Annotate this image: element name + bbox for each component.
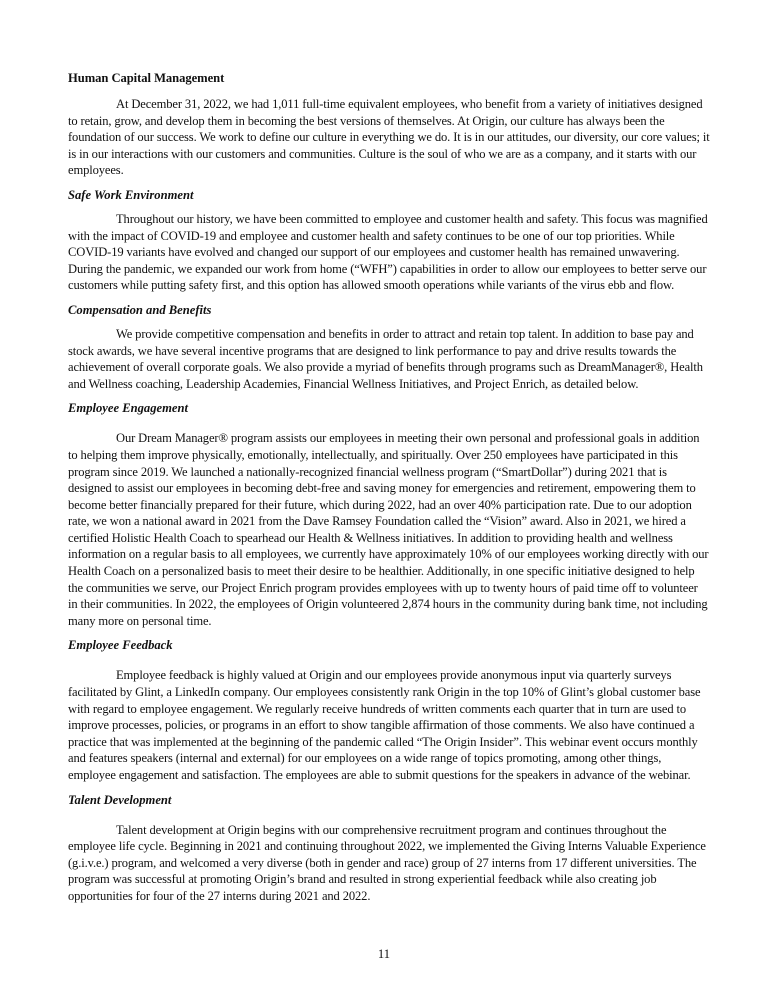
subheading-talent-development: Talent Development — [68, 792, 710, 808]
subheading-employee-engagement: Employee Engagement — [68, 400, 710, 416]
section-employee-feedback: Employee Feedback Employee feedback is h… — [68, 637, 710, 783]
subheading-safe-work-environment: Safe Work Environment — [68, 187, 710, 203]
section-talent-development: Talent Development Talent development at… — [68, 792, 710, 905]
subheading-compensation-and-benefits: Compensation and Benefits — [68, 302, 710, 318]
section-safe-work-environment: Safe Work Environment Throughout our his… — [68, 187, 710, 294]
document-page: Human Capital Management At December 31,… — [68, 70, 710, 913]
paragraph-talent-development: Talent development at Origin begins with… — [68, 822, 710, 905]
intro-paragraph: At December 31, 2022, we had 1,011 full-… — [68, 96, 710, 179]
section-compensation-and-benefits: Compensation and Benefits We provide com… — [68, 302, 710, 392]
paragraph-safe-work-environment: Throughout our history, we have been com… — [68, 211, 710, 294]
page-number: 11 — [0, 946, 768, 962]
paragraph-employee-feedback: Employee feedback is highly valued at Or… — [68, 667, 710, 783]
section-employee-engagement: Employee Engagement Our Dream Manager® p… — [68, 400, 710, 629]
paragraph-employee-engagement: Our Dream Manager® program assists our e… — [68, 430, 710, 629]
subheading-employee-feedback: Employee Feedback — [68, 637, 710, 653]
section-title-human-capital-management: Human Capital Management — [68, 70, 710, 86]
paragraph-compensation-and-benefits: We provide competitive compensation and … — [68, 326, 710, 392]
